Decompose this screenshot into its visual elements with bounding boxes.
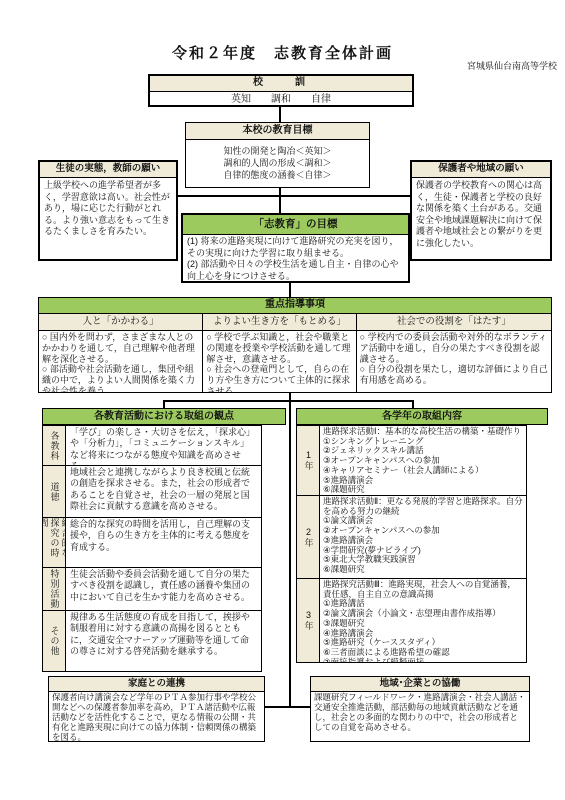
activities-section-header: 各教育活動における取組の観点 — [42, 408, 286, 425]
years-row-body: 進路探求活動Ⅱ：更なる発展的学習と進路探求。自分を高める努力の継続 ①論文講演会… — [320, 496, 526, 578]
kokorozashi-goal-header: 「志教育」の目標 — [183, 215, 408, 235]
motto-header: 校 訓 — [150, 76, 412, 92]
students-body: 上級学校への進学希望者が多く，学習意欲は高い。社会性があり，場に応じた行動がとれ… — [40, 178, 176, 240]
priority-column-hatasu: 社会での役割を「はたす」 ○ 学校内での委員会活動や対外的なボランティア活動中を… — [357, 314, 551, 393]
education-goal-header: 本校の教育目標 — [186, 123, 369, 140]
plan-document: 令和２年度 志教育全体計画 宮城県仙台南高等学校 校 訓 英知 調和 自律 本校… — [0, 0, 565, 800]
years-row-label: 3年 — [303, 610, 314, 631]
region-collaboration-header: 地域･企業との協働 — [311, 677, 529, 692]
years-row-label: 1年 — [303, 450, 314, 471]
activities-row-subjects: 各教科 「学び」の楽しさ・大切さを伝え，「探求心」や「分析力」，「コミュニケーシ… — [43, 426, 261, 466]
years-row-body: 進路探求活動Ⅰ：基本的な高校生活の構築・基礎作り ①シンキングトレーニング ②ジ… — [320, 426, 526, 495]
activities-row-label: 特別活動 — [49, 569, 60, 609]
years-row-1: 1年 進路探求活動Ⅰ：基本的な高校生活の構築・基礎作り ①シンキングトレーニング… — [297, 426, 526, 496]
community-box: 保護者や地域の願い 保護者の学校教育への関心は高く，生徒・保護者と学校の良好な関… — [410, 160, 552, 261]
school-name: 宮城県仙台南高等学校 — [360, 59, 557, 72]
activities-row-special: 特別活動 生徒会活動や委員会活動を通して自分の果たすべき役割を認識し，責任感の涵… — [43, 568, 261, 611]
priority-column-motomeru: よりよい生き方を「もとめる」 ○ 学校で学ぶ知識と，社会や職業との関連を授業や学… — [203, 314, 356, 393]
activities-row-label: 道徳 — [49, 482, 60, 502]
family-cooperation-body: 保護者向け講演会など学年のＰＴＡ参加行事や学校公開などへの保護者参加率を高め，Ｐ… — [49, 692, 264, 742]
connector-center-spine — [289, 400, 291, 708]
activities-row-morals: 道徳 地域社会と連携しながらより良き校風と伝統の創造を探求させる。また，社会の形… — [43, 466, 261, 518]
family-cooperation-box: 家庭との連携 保護者向け講演会など学年のＰＴＡ参加行事や学校公開などへの保護者参… — [48, 676, 265, 742]
connector-horizontal-wishes — [178, 195, 410, 197]
years-row-3: 3年 進路探究活動Ⅲ：進路実現，社会人への自覚涵養，責任感，自主自立の意識高揚 … — [297, 579, 526, 662]
years-row-2: 2年 進路探求活動Ⅱ：更なる発展的学習と進路探求。自分を高める努力の継続 ①論文… — [297, 496, 526, 579]
kokorozashi-goal-box: 「志教育」の目標 (1) 将来の進路実現に向けて進路研究の充実を図り，その実現に… — [181, 213, 410, 283]
education-goal-box: 本校の教育目標 知性の開発と陶冶＜英知＞ 調和的人間の形成＜調和＞ 自律的態度の… — [185, 122, 370, 188]
community-header: 保護者や地域の願い — [412, 162, 550, 178]
students-header: 生徒の実態，教師の願い — [40, 162, 176, 178]
activities-row-body: 生徒会活動や委員会活動を通して自分の果たすべき役割を認識し，責任感の涵養や集団の… — [66, 568, 261, 610]
connector-motto-goal — [279, 107, 281, 122]
activities-row-label: 各教科 — [49, 431, 60, 461]
priority-column-body: ○ 学校で学ぶ知識と，社会や職業との関連を授業や学校活動を通して理解させ，意識さ… — [203, 331, 355, 393]
priority-items-header: 重点指導事項 — [39, 298, 551, 314]
activities-row-body: 総合的な探究の時間を活用し，自己理解の支援や，自らの生き方を主体的に考える態度を… — [66, 518, 261, 567]
community-body: 保護者の学校教育への関心は高く，生徒・保護者と学校の良好な関係を築く土台がある。… — [412, 178, 550, 251]
region-collaboration-box: 地域･企業との協働 課題研究フィールドワーク・進路講演会・社会人講話・交通安全推… — [310, 676, 530, 742]
priority-column-body: ○ 学校内での委員会活動や対外的なボランティア活動中を通し，自分の果たすべき役割… — [357, 331, 551, 393]
activities-row-other: その他 規律ある生活態度の育成を目指して，挨拶や制服着用に対する意識の高揚を図る… — [43, 611, 261, 671]
priority-column-body: ○ 国内外を問わず，さまざまな人とのかかわりを通して，自己理解や他者理解を深化さ… — [39, 331, 202, 393]
years-row-body: 進路探究活動Ⅲ：進路実現，社会人への自覚涵養，責任感，自主自立の意識高揚 ①進路… — [320, 579, 526, 662]
activities-row-body: 地域社会と連携しながらより良き校風と伝統の創造を探求させる。また，社会の形成者で… — [66, 466, 261, 517]
connector-kokorozashi-priority — [289, 283, 291, 297]
priority-column-title: 社会での役割を「はたす」 — [357, 314, 551, 331]
priority-column-title: 人と「かかわる」 — [39, 314, 202, 331]
education-goal-body: 知性の開発と陶冶＜英知＞ 調和的人間の形成＜調和＞ 自律的態度の涵養＜自律＞ — [186, 140, 369, 181]
years-section-header: 各学年の取組内容 — [296, 408, 548, 425]
activities-row-label: その他 — [49, 626, 60, 656]
activities-row-inquiry: 総合的な 探究の時間 総合的な探究の時間を活用し，自己理解の支援や，自らの生き方… — [43, 518, 261, 568]
activities-row-body: 規律ある生活態度の育成を目指して，挨拶や制服着用に対する意識の高揚を図るとともに… — [66, 611, 261, 671]
years-table: 1年 進路探求活動Ⅰ：基本的な高校生活の構築・基礎作り ①シンキングトレーニング… — [296, 425, 527, 663]
priority-items-table: 重点指導事項 人と「かかわる」 ○ 国内外を問わず，さまざまな人とのかかわりを通… — [38, 297, 552, 393]
years-row-label: 2年 — [303, 527, 314, 548]
motto-values: 英知 調和 自律 — [150, 92, 412, 107]
students-box: 生徒の実態，教師の願い 上級学校への進学希望者が多く，学習意欲は高い。社会性があ… — [38, 160, 178, 261]
motto-box: 校 訓 英知 調和 自律 — [148, 74, 414, 107]
connector-goal-kokorozashi — [279, 188, 281, 213]
priority-column-title: よりよい生き方を「もとめる」 — [203, 314, 355, 331]
activities-row-label: 総合的な 探究の時間 — [43, 518, 66, 567]
connector-bottom-horizontal — [265, 706, 312, 708]
priority-column-kakawaru: 人と「かかわる」 ○ 国内外を問わず，さまざまな人とのかかわりを通して，自己理解… — [39, 314, 203, 393]
region-collaboration-body: 課題研究フィールドワーク・進路講演会・社会人講話・交通安全推進活動，部活動毎の地… — [311, 692, 529, 734]
kokorozashi-goal-body: (1) 将来の進路実現に向けて進路研究の充実を図り，その実現に向けた学習に取り組… — [183, 235, 408, 283]
activities-row-body: 「学び」の楽しさ・大切さを伝え，「探求心」や「分析力」，「コミュニケーションスキ… — [66, 426, 261, 465]
activities-table: 各教科 「学び」の楽しさ・大切さを伝え，「探求心」や「分析力」，「コミュニケーシ… — [42, 425, 262, 672]
family-cooperation-header: 家庭との連携 — [49, 677, 264, 692]
